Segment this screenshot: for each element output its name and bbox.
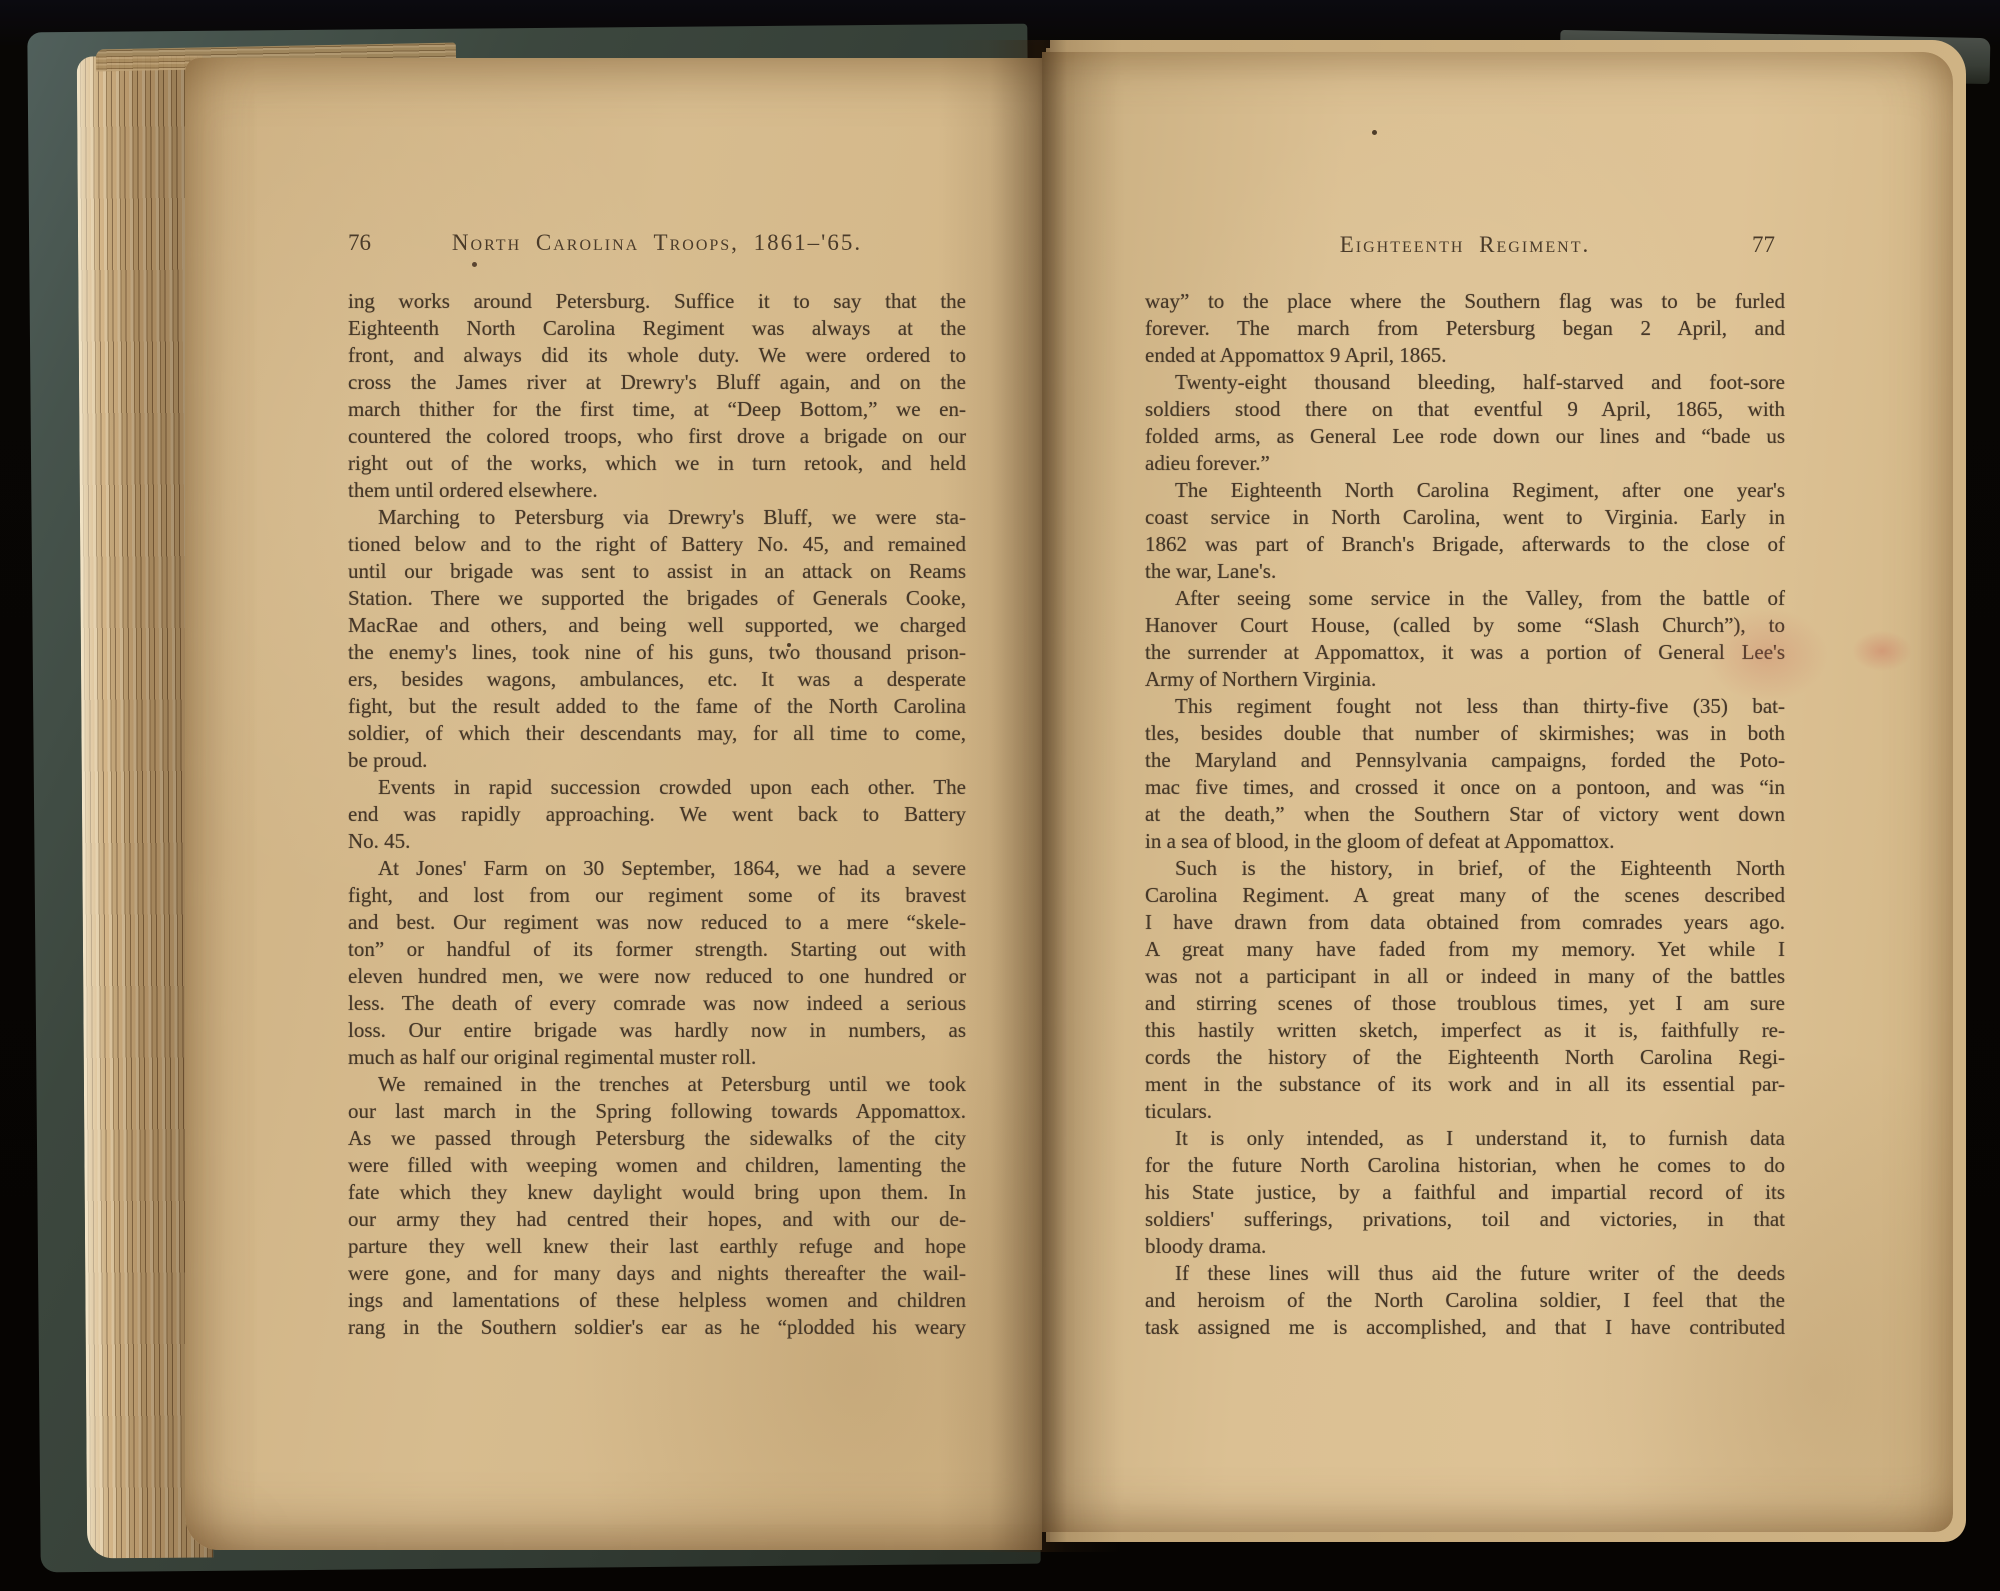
right-page-text: way” to the place where the Southern fla… bbox=[1145, 288, 1785, 1341]
text-line: mac five times, and crossed it once on a… bbox=[1145, 774, 1785, 801]
text-line: We remained in the trenches at Petersbur… bbox=[348, 1071, 966, 1098]
text-line: at the death,” when the Southern Star of… bbox=[1145, 801, 1785, 828]
text-line: parture they well knew their last earthl… bbox=[348, 1233, 966, 1260]
text-line: countered the colored troops, who first … bbox=[348, 423, 966, 450]
text-line: right out of the works, which we in turn… bbox=[348, 450, 966, 477]
text-line: folded arms, as General Lee rode down ou… bbox=[1145, 423, 1785, 450]
text-line: MacRae and others, and being well suppor… bbox=[348, 612, 966, 639]
text-line: tioned below and to the right of Battery… bbox=[348, 531, 966, 558]
text-line: ers, besides wagons, ambulances, etc. It… bbox=[348, 666, 966, 693]
text-line: Such is the history, in brief, of the Ei… bbox=[1145, 855, 1785, 882]
text-line: was not a participant in all or indeed i… bbox=[1145, 963, 1785, 990]
text-line: ings and lamentations of these helpless … bbox=[348, 1287, 966, 1314]
text-line: ticulars. bbox=[1145, 1098, 1785, 1125]
text-line: Army of Northern Virginia. bbox=[1145, 666, 1785, 693]
text-line: At Jones' Farm on 30 September, 1864, we… bbox=[348, 855, 966, 882]
text-line: much as half our original regimental mus… bbox=[348, 1044, 966, 1071]
text-line: 1862 was part of Branch's Brigade, after… bbox=[1145, 531, 1785, 558]
text-line: Station. There we supported the brigades… bbox=[348, 585, 966, 612]
text-line: his State justice, by a faithful and imp… bbox=[1145, 1179, 1785, 1206]
text-line: fight, but the result added to the fame … bbox=[348, 693, 966, 720]
text-line: ended at Appomattox 9 April, 1865. bbox=[1145, 342, 1785, 369]
text-line: them until ordered elsewhere. bbox=[348, 477, 966, 504]
text-line: the surrender at Appomattox, it was a po… bbox=[1145, 639, 1785, 666]
text-line: Hanover Court House, (called by some “Sl… bbox=[1145, 612, 1785, 639]
text-line: our army they had centred their hopes, a… bbox=[348, 1206, 966, 1233]
text-line: As we passed through Petersburg the side… bbox=[348, 1125, 966, 1152]
text-line: fight, and lost from our regiment some o… bbox=[348, 882, 966, 909]
paper-speck bbox=[787, 643, 791, 647]
text-line: until our brigade was sent to assist in … bbox=[348, 558, 966, 585]
text-line: end was rapidly approaching. We went bac… bbox=[348, 801, 966, 828]
printers-mark-dot bbox=[472, 262, 477, 267]
text-line: cords the history of the Eighteenth Nort… bbox=[1145, 1044, 1785, 1071]
text-line: loss. Our entire brigade was hardly now … bbox=[348, 1017, 966, 1044]
right-page-number: 77 bbox=[1752, 232, 1775, 258]
text-line: A great many have faded from my memory. … bbox=[1145, 936, 1785, 963]
text-line: front, and always did its whole duty. We… bbox=[348, 342, 966, 369]
text-line: eleven hundred men, we were now reduced … bbox=[348, 963, 966, 990]
text-line: tles, besides double that number of skir… bbox=[1145, 720, 1785, 747]
text-line: task assigned me is accomplished, and th… bbox=[1145, 1314, 1785, 1341]
left-page: 76 North Carolina Troops, 1861–'65. ing … bbox=[185, 58, 1042, 1550]
text-line: forever. The march from Petersburg began… bbox=[1145, 315, 1785, 342]
right-page-header: Eighteenth Regiment. 77 bbox=[1145, 232, 1785, 264]
text-line: This regiment fought not less than thirt… bbox=[1145, 693, 1785, 720]
right-running-title: Eighteenth Regiment. bbox=[1145, 232, 1785, 258]
text-line: adieu forever.” bbox=[1145, 450, 1785, 477]
text-line: bloody drama. bbox=[1145, 1233, 1785, 1260]
text-line: soldiers stood there on that eventful 9 … bbox=[1145, 396, 1785, 423]
paper-speck bbox=[1372, 130, 1377, 135]
text-line: our last march in the Spring following t… bbox=[348, 1098, 966, 1125]
text-line: march thither for the first time, at “De… bbox=[348, 396, 966, 423]
text-line: soldier, of which their descendants may,… bbox=[348, 720, 966, 747]
text-line: soldiers' sufferings, privations, toil a… bbox=[1145, 1206, 1785, 1233]
left-running-title: North Carolina Troops, 1861–'65. bbox=[348, 230, 966, 256]
text-line: After seeing some service in the Valley,… bbox=[1145, 585, 1785, 612]
text-line: I have drawn from data obtained from com… bbox=[1145, 909, 1785, 936]
right-page: Eighteenth Regiment. 77 way” to the plac… bbox=[1042, 52, 1953, 1532]
text-line: the enemy's lines, took nine of his guns… bbox=[348, 639, 966, 666]
text-line: If these lines will thus aid the future … bbox=[1145, 1260, 1785, 1287]
text-line: No. 45. bbox=[348, 828, 966, 855]
text-line: were filled with weeping women and child… bbox=[348, 1152, 966, 1179]
text-line: less. The death of every comrade was now… bbox=[348, 990, 966, 1017]
text-line: and stirring scenes of those troublous t… bbox=[1145, 990, 1785, 1017]
text-line: this hastily written sketch, imperfect a… bbox=[1145, 1017, 1785, 1044]
text-line: way” to the place where the Southern fla… bbox=[1145, 288, 1785, 315]
text-line: coast service in North Carolina, went to… bbox=[1145, 504, 1785, 531]
text-line: were gone, and for many days and nights … bbox=[348, 1260, 966, 1287]
text-line: The Eighteenth North Carolina Regiment, … bbox=[1145, 477, 1785, 504]
text-line: ing works around Petersburg. Suffice it … bbox=[348, 288, 966, 315]
text-line: rang in the Southern soldier's ear as he… bbox=[348, 1314, 966, 1341]
text-line: the Maryland and Pennsylvania campaigns,… bbox=[1145, 747, 1785, 774]
photograph-background: 76 North Carolina Troops, 1861–'65. ing … bbox=[0, 0, 2000, 1591]
text-line: ton” or handful of its former strength. … bbox=[348, 936, 966, 963]
red-stain-edge bbox=[1842, 624, 1922, 678]
text-line: Marching to Petersburg via Drewry's Bluf… bbox=[348, 504, 966, 531]
text-line: ment in the substance of its work and in… bbox=[1145, 1071, 1785, 1098]
text-line: in a sea of blood, in the gloom of defea… bbox=[1145, 828, 1785, 855]
text-line: fate which they knew daylight would brin… bbox=[348, 1179, 966, 1206]
text-line: be proud. bbox=[348, 747, 966, 774]
text-line: for the future North Carolina historian,… bbox=[1145, 1152, 1785, 1179]
text-line: and best. Our regiment was now reduced t… bbox=[348, 909, 966, 936]
text-line: Events in rapid succession crowded upon … bbox=[348, 774, 966, 801]
text-line: Carolina Regiment. A great many of the s… bbox=[1145, 882, 1785, 909]
text-line: cross the James river at Drewry's Bluff … bbox=[348, 369, 966, 396]
left-page-text: ing works around Petersburg. Suffice it … bbox=[348, 288, 966, 1341]
left-page-header: 76 North Carolina Troops, 1861–'65. bbox=[348, 230, 966, 262]
text-line: and heroism of the North Carolina soldie… bbox=[1145, 1287, 1785, 1314]
text-line: Twenty-eight thousand bleeding, half-sta… bbox=[1145, 369, 1785, 396]
text-line: It is only intended, as I understand it,… bbox=[1145, 1125, 1785, 1152]
text-line: the war, Lane's. bbox=[1145, 558, 1785, 585]
text-line: Eighteenth North Carolina Regiment was a… bbox=[348, 315, 966, 342]
